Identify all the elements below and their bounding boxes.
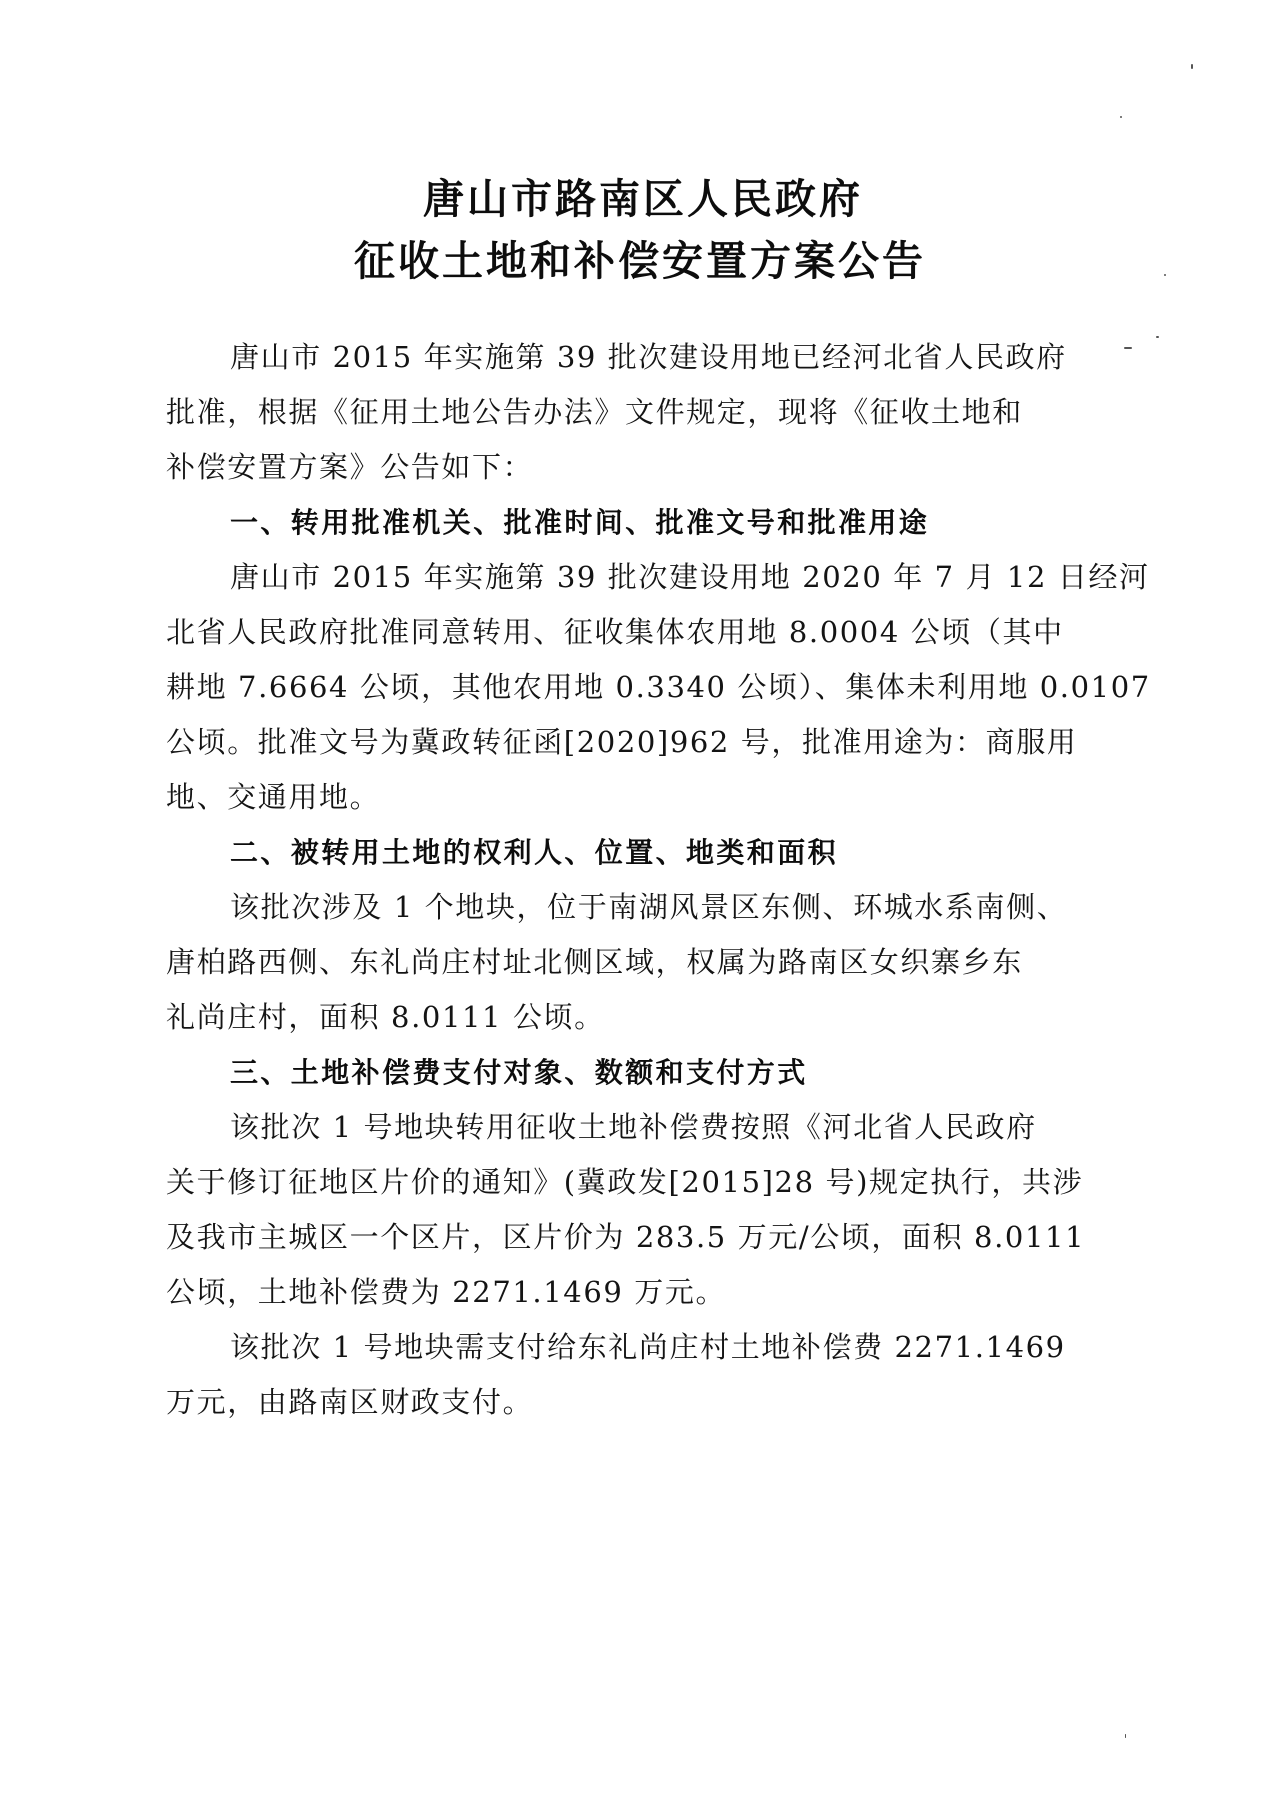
text-line: 补偿安置方案》公告如下： xyxy=(166,440,1128,495)
section-paragraph: 该批次 1 号地块转用征收土地补偿费按照《河北省人民政府 关于修订征地区片价的通… xyxy=(166,1100,1128,1320)
title-line-subject: 征收土地和补偿安置方案公告 xyxy=(0,230,1280,292)
text-line: 唐柏路西侧、东礼尚庄村址北侧区域，权属为路南区女织寨乡东 xyxy=(166,935,1128,990)
text-line: 批准，根据《征用土地公告办法》文件规定，现将《征收土地和 xyxy=(166,385,1128,440)
text-line: 公顷，土地补偿费为 2271.1469 万元。 xyxy=(166,1265,1128,1320)
scan-speck xyxy=(1156,336,1159,338)
section-heading: 三、土地补偿费支付对象、数额和支付方式 xyxy=(166,1045,1128,1100)
text-line: 耕地 7.6664 公顷，其他农用地 0.3340 公顷）、集体未利用地 0.0… xyxy=(166,660,1128,715)
text-line: 该批次涉及 1 个地块，位于南湖风景区东侧、环城水系南侧、 xyxy=(166,880,1128,935)
section-heading: 一、转用批准机关、批准时间、批准文号和批准用途 xyxy=(166,495,1128,550)
section-compensation: 三、土地补偿费支付对象、数额和支付方式 该批次 1 号地块转用征收土地补偿费按照… xyxy=(166,1045,1128,1430)
section-paragraph: 该批次 1 号地块需支付给东礼尚庄村土地补偿费 2271.1469 万元，由路南… xyxy=(166,1320,1128,1430)
scan-speck xyxy=(1191,64,1193,69)
section-land-rights: 二、被转用土地的权利人、位置、地类和面积 该批次涉及 1 个地块，位于南湖风景区… xyxy=(166,825,1128,1045)
section-approval: 一、转用批准机关、批准时间、批准文号和批准用途 唐山市 2015 年实施第 39… xyxy=(166,495,1128,825)
document-title: 唐山市路南区人民政府 征收土地和补偿安置方案公告 xyxy=(0,168,1280,292)
scan-speck xyxy=(1120,116,1122,118)
intro-paragraph: 唐山市 2015 年实施第 39 批次建设用地已经河北省人民政府 批准，根据《征… xyxy=(166,330,1128,495)
text-line: 唐山市 2015 年实施第 39 批次建设用地 2020 年 7 月 12 日经… xyxy=(166,550,1128,605)
section-paragraph: 该批次涉及 1 个地块，位于南湖风景区东侧、环城水系南侧、 唐柏路西侧、东礼尚庄… xyxy=(166,880,1128,1045)
text-line: 唐山市 2015 年实施第 39 批次建设用地已经河北省人民政府 xyxy=(166,330,1128,385)
document-body: 唐山市 2015 年实施第 39 批次建设用地已经河北省人民政府 批准，根据《征… xyxy=(166,330,1128,1430)
text-line: 关于修订征地区片价的通知》(冀政发[2015]28 号)规定执行，共涉 xyxy=(166,1155,1128,1210)
text-line: 及我市主城区一个区片，区片价为 283.5 万元/公顷，面积 8.0111 xyxy=(166,1210,1128,1265)
scanned-document-page: 唐山市路南区人民政府 征收土地和补偿安置方案公告 唐山市 2015 年实施第 3… xyxy=(0,0,1280,1809)
text-line: 北省人民政府批准同意转用、征收集体农用地 8.0004 公顷（其中 xyxy=(166,605,1128,660)
text-line: 公顷。批准文号为冀政转征函[2020]962 号，批准用途为：商服用 xyxy=(166,715,1128,770)
scan-speck xyxy=(1125,1734,1126,1738)
text-line: 礼尚庄村，面积 8.0111 公顷。 xyxy=(166,990,1128,1045)
text-line: 万元，由路南区财政支付。 xyxy=(166,1375,1128,1430)
text-line: 该批次 1 号地块转用征收土地补偿费按照《河北省人民政府 xyxy=(166,1100,1128,1155)
text-line: 地、交通用地。 xyxy=(166,770,1128,825)
section-paragraph: 唐山市 2015 年实施第 39 批次建设用地 2020 年 7 月 12 日经… xyxy=(166,550,1128,825)
title-line-issuer: 唐山市路南区人民政府 xyxy=(6,168,1280,230)
section-heading: 二、被转用土地的权利人、位置、地类和面积 xyxy=(166,825,1128,880)
text-line: 该批次 1 号地块需支付给东礼尚庄村土地补偿费 2271.1469 xyxy=(166,1320,1128,1375)
